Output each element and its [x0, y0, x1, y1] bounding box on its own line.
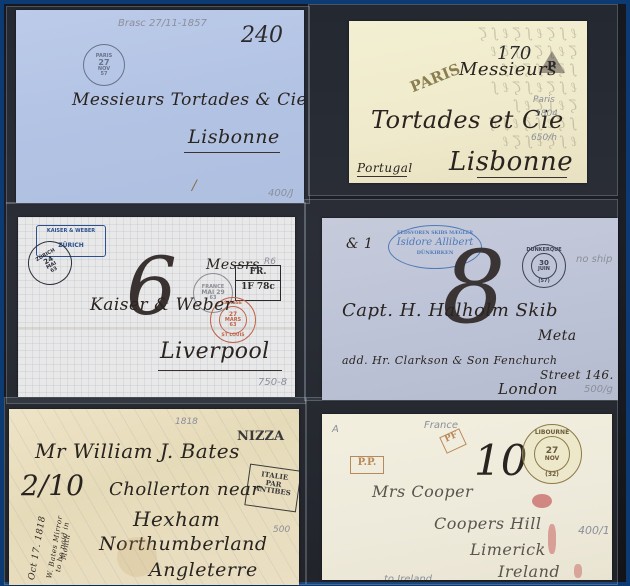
pencil-note: R6: [264, 257, 276, 267]
address-underline: [158, 370, 282, 371]
address-line-1: Kaiser & Weber: [90, 295, 233, 315]
pencil-note-top: 1818: [175, 417, 198, 427]
pp-box: P.P.: [350, 456, 384, 474]
red-wax-stain: [574, 564, 582, 578]
postmark-libourne: LIBOURNE 27 NOV (32): [522, 424, 582, 484]
address-line-2: Chollerton near: [109, 479, 260, 500]
address-line-5: Angleterre: [149, 559, 258, 581]
rate-marking: 10: [474, 436, 527, 485]
fold-line: [18, 327, 295, 329]
address-underline: [477, 177, 567, 178]
cover-zurich-liverpool[interactable]: KAISER & WEBER ZÜRICH ZÜRICH 24 MAI 63 6…: [18, 217, 295, 397]
address-line-3: Limerick: [470, 540, 546, 559]
address-line-1: Messieurs Tortades & Cie: [72, 90, 304, 110]
cover-nizza-hexham[interactable]: 1818 NIZZA Mr William J. Bates ITALIE PA…: [9, 409, 299, 585]
cover-paris-lisbonne-1804[interactable]: ℓ ∫ ζ ℓ ∫ ζ ℓ ∫ ζζ ℓ ∫ ζ ℓ ∫ ζ ℓ∫ ζ ℓ ∫ …: [349, 21, 587, 183]
address-line-1: Mrs Cooper: [372, 482, 473, 501]
pencil-corner: A: [332, 424, 339, 435]
address-line-5: London: [498, 380, 558, 398]
pencil-note-top: Brasc 27/11-1857: [118, 18, 207, 29]
address-line-3: add. Hr. Clarkson & Son Fenchurch: [342, 354, 558, 367]
pencil-note-ireland: to Ireland: [384, 574, 432, 580]
rate-marking: 2/10: [21, 469, 84, 502]
pencil-price: 400/1: [578, 524, 610, 537]
fr-accountancy-box: FR. 1F 78c: [235, 265, 281, 301]
address-line-2: Coopers Hill: [434, 514, 541, 533]
address-line-2: Meta: [538, 328, 577, 344]
rate-marking: 8: [442, 238, 506, 338]
pencil-price: 500/g: [584, 384, 613, 395]
red-wax-stain: [532, 494, 552, 508]
address-underline: [184, 152, 280, 153]
red-wax-stain: [548, 524, 556, 554]
postmark-dunkerque: DUNKERQUE 30 JUIN (57): [522, 244, 566, 288]
pencil-price: 650/h: [531, 133, 557, 143]
address-line-3: Lisbonne: [449, 147, 573, 177]
docket-note: & 1: [346, 236, 373, 252]
address-line-1: Mr William J. Bates: [35, 439, 240, 463]
rate-marking: 240: [241, 23, 283, 48]
foxing-stain: [117, 537, 157, 577]
address-line-2: Lisbonne: [188, 126, 280, 148]
pencil-note-top: France: [424, 420, 458, 431]
rate-marking: 6: [126, 247, 177, 327]
cover-dunkirk-london[interactable]: & 1 EEDSVOREN SKIBS MÆGLER Isidore Allib…: [322, 218, 618, 400]
pencil-price: 400/J: [268, 188, 293, 199]
address-line-1: Capt. H. Halholm Skib: [342, 300, 558, 321]
cover-paris-lisbonne[interactable]: Brasc 27/11-1857 240 PARIS 27 NOV 57 Mes…: [16, 10, 304, 203]
address-line-2: Liverpool: [160, 339, 270, 364]
brown-mark: /: [192, 178, 197, 194]
pencil-price: 500: [273, 525, 290, 535]
pencil-note: no ship: [576, 254, 612, 265]
address-line-4: Ireland: [498, 562, 560, 580]
pencil-note-1: Paris: [533, 95, 555, 105]
nizza-handstamp: NIZZA: [237, 429, 284, 444]
cover-libourne-limerick[interactable]: A France PF P.P. 10 LIBOURNE 27 NOV (32)…: [322, 414, 612, 580]
routing-portugal: Portugal: [357, 161, 413, 175]
docket-vertical: Oct 17. 1818 W. Bates Mirror to be paid …: [13, 509, 83, 579]
address-line-3: Hexham: [133, 507, 220, 531]
postmark-paris: PARIS 27 NOV 57: [83, 44, 125, 86]
pencil-note-2: 1804: [535, 109, 558, 119]
stock-page: Brasc 27/11-1857 240 PARIS 27 NOV 57 Mes…: [4, 4, 626, 582]
pf-box: PF: [439, 428, 467, 454]
address-line-1: Messieurs: [459, 59, 557, 80]
routing-underline: [357, 176, 407, 177]
pencil-price: 750-8: [258, 377, 287, 388]
